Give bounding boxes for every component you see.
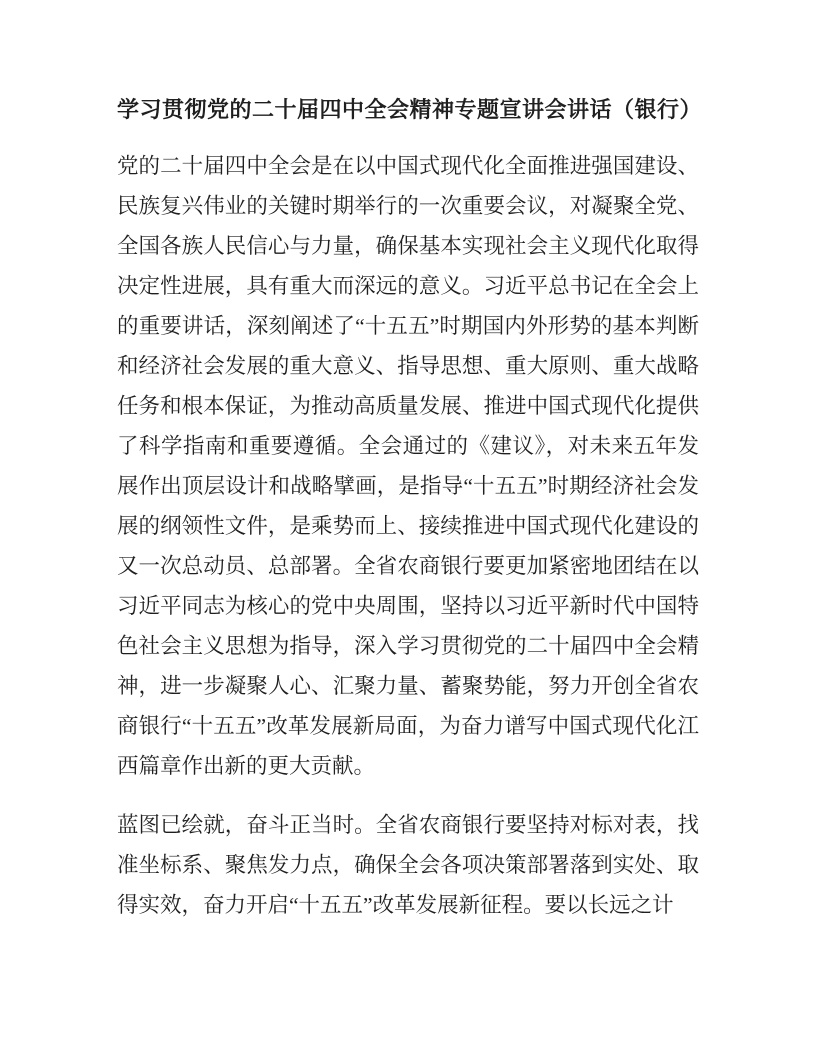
paragraph-1: 党的二十届四中全会是在以中国式现代化全面推进强国建设、民族复兴伟业的关键时期举行… (117, 146, 699, 786)
paragraph-2: 蓝图已绘就，奋斗正当时。全省农商银行要坚持对标对表，找准坐标系、聚焦发力点，确保… (117, 805, 699, 925)
document-title: 学习贯彻党的二十届四中全会精神专题宣讲会讲话（银行） (117, 90, 699, 130)
document-page: 学习贯彻党的二十届四中全会精神专题宣讲会讲话（银行） 党的二十届四中全会是在以中… (0, 0, 816, 1056)
